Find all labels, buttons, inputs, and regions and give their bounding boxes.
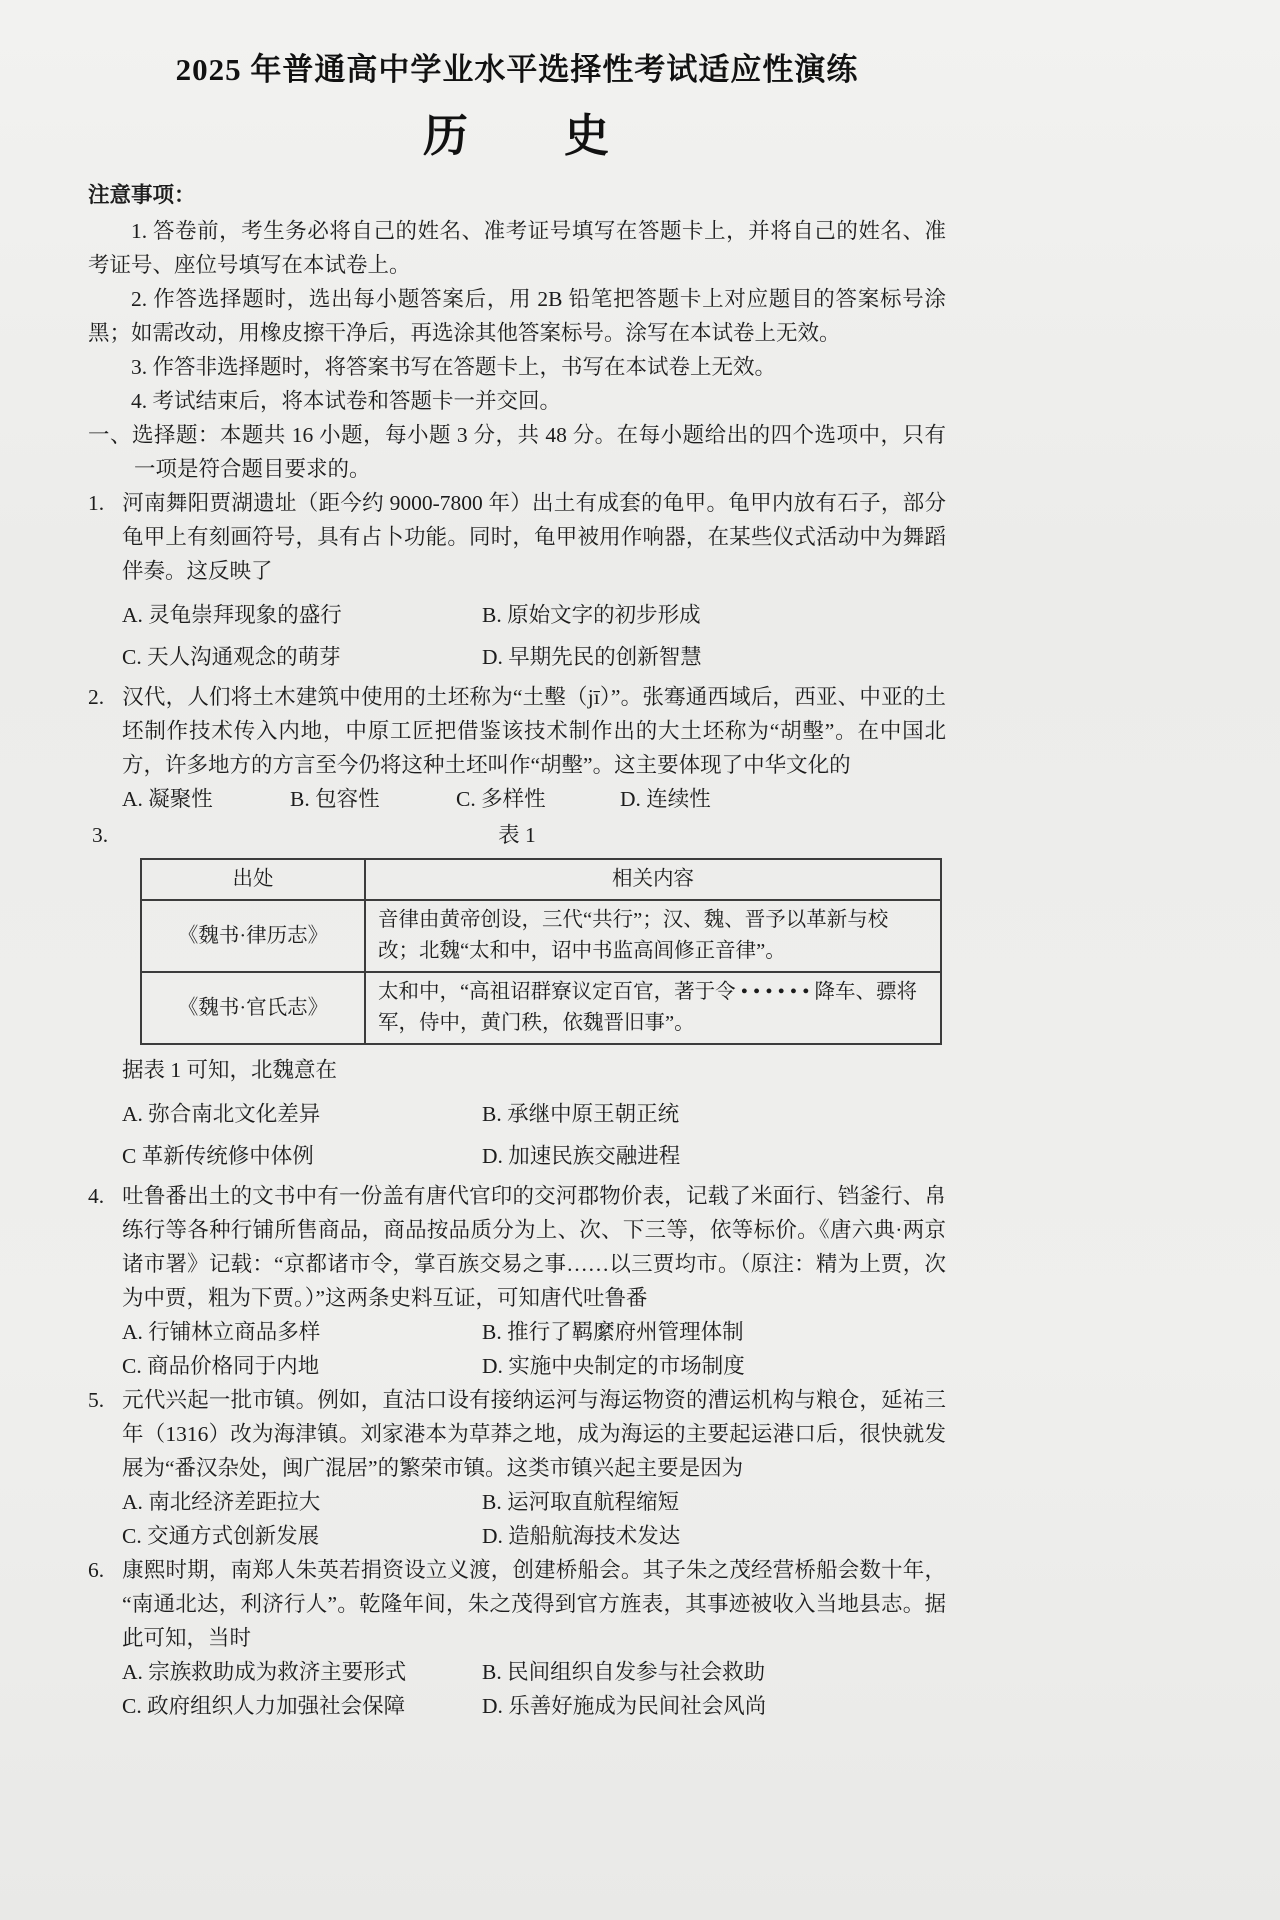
question-1-stem: 1.河南舞阳贾湖遗址（距今约 9000-7800 年）出土有成套的龟甲。龟甲内放… <box>88 486 946 588</box>
page-content: 2025 年普通高中学业水平选择性考试适应性演练 历 史 注意事项： 1. 答卷… <box>88 44 946 1723</box>
question-6-text: 康熙时期，南郑人朱英若捐资设立义渡，创建桥船会。其子朱之茂经营桥船会数十年，“南… <box>122 1558 946 1650</box>
question-5-option-a: A. 南北经济差距拉大 <box>122 1485 482 1519</box>
question-2: 2.汉代，人们将土木建筑中使用的土坯称为“土墼（jī）”。张骞通西域后，西亚、中… <box>88 680 946 816</box>
question-1-option-d: D. 早期先民的创新智慧 <box>482 640 946 674</box>
section-heading: 一、选择题：本题共 16 小题，每小题 3 分，共 48 分。在每小题给出的四个… <box>88 418 946 486</box>
notice-item-3: 3. 作答非选择题时，将答案书写在答题卡上，书写在本试卷上无效。 <box>88 350 946 384</box>
question-2-option-a: A. 凝聚性 <box>122 782 290 816</box>
question-1-option-c: C. 天人沟通观念的萌芽 <box>122 640 482 674</box>
question-1: 1.河南舞阳贾湖遗址（距今约 9000-7800 年）出土有成套的龟甲。龟甲内放… <box>88 486 946 674</box>
question-6: 6.康熙时期，南郑人朱英若捐资设立义渡，创建桥船会。其子朱之茂经营桥船会数十年，… <box>88 1553 946 1723</box>
question-4: 4.吐鲁番出土的文书中有一份盖有唐代官印的交河郡物价表，记载了米面行、铛釜行、帛… <box>88 1179 946 1383</box>
question-4-stem: 4.吐鲁番出土的文书中有一份盖有唐代官印的交河郡物价表，记载了米面行、铛釜行、帛… <box>88 1179 946 1315</box>
table-cell-source-1: 《魏书·律历志》 <box>141 900 365 972</box>
question-3-option-d: D. 加速民族交融进程 <box>482 1139 946 1173</box>
question-5-stem: 5.元代兴起一批市镇。例如，直沽口设有接纳运河与海运物资的漕运机构与粮仓，延祐三… <box>88 1383 946 1485</box>
table-header-row: 出处 相关内容 <box>141 859 941 900</box>
question-6-option-a: A. 宗族救助成为救济主要形式 <box>122 1655 482 1689</box>
question-4-text: 吐鲁番出土的文书中有一份盖有唐代官印的交河郡物价表，记载了米面行、铛釜行、帛练行… <box>122 1184 946 1310</box>
table-header-source: 出处 <box>141 859 365 900</box>
question-3-option-a: A. 弥合南北文化差异 <box>122 1097 482 1131</box>
question-4-option-a: A. 行铺林立商品多样 <box>122 1315 482 1349</box>
question-4-option-d: D. 实施中央制定的市场制度 <box>482 1349 946 1383</box>
question-2-option-d: D. 连续性 <box>620 782 946 816</box>
question-4-options: A. 行铺林立商品多样 B. 推行了羁縻府州管理体制 C. 商品价格同于内地 D… <box>122 1315 946 1383</box>
question-3-table: 出处 相关内容 《魏书·律历志》 音律由黄帝创设，三代“共行”；汉、魏、晋予以革… <box>140 858 942 1045</box>
notice-section: 注意事项： 1. 答卷前，考生务必将自己的姓名、准考证号填写在答题卡上，并将自己… <box>88 178 946 418</box>
question-5-option-c: C. 交通方式创新发展 <box>122 1519 482 1553</box>
question-4-number: 4. <box>88 1179 122 1213</box>
question-5: 5.元代兴起一批市镇。例如，直沽口设有接纳运河与海运物资的漕运机构与粮仓，延祐三… <box>88 1383 946 1553</box>
question-3-stem-after: 据表 1 可知，北魏意在 <box>122 1053 946 1087</box>
question-2-stem: 2.汉代，人们将土木建筑中使用的土坯称为“土墼（jī）”。张骞通西域后，西亚、中… <box>88 680 946 782</box>
question-5-option-b: B. 运河取直航程缩短 <box>482 1485 946 1519</box>
question-3-options: A. 弥合南北文化差异 B. 承继中原王朝正统 C 革新传统修中体例 D. 加速… <box>122 1097 946 1173</box>
question-3-option-b: B. 承继中原王朝正统 <box>482 1097 946 1131</box>
table-cell-desc-2: 太和中，“高祖诏群寮议定百官，著于令 • • • • • • 降车、骠将军，侍中… <box>365 972 941 1044</box>
question-3-number: 3. <box>92 818 108 852</box>
exam-title: 2025 年普通高中学业水平选择性考试适应性演练 <box>88 44 946 89</box>
table-caption: 表 1 <box>88 818 946 852</box>
question-5-text: 元代兴起一批市镇。例如，直沽口设有接纳运河与海运物资的漕运机构与粮仓，延祐三年（… <box>122 1388 946 1480</box>
question-1-number: 1. <box>88 486 122 520</box>
question-2-option-c: C. 多样性 <box>456 782 620 816</box>
table-header-content: 相关内容 <box>365 859 941 900</box>
table-row: 《魏书·律历志》 音律由黄帝创设，三代“共行”；汉、魏、晋予以革新与校改；北魏“… <box>141 900 941 972</box>
question-2-options: A. 凝聚性 B. 包容性 C. 多样性 D. 连续性 <box>122 782 946 816</box>
question-2-option-b: B. 包容性 <box>290 782 456 816</box>
question-1-text: 河南舞阳贾湖遗址（距今约 9000-7800 年）出土有成套的龟甲。龟甲内放有石… <box>122 491 946 583</box>
question-3-head: 3. 表 1 <box>88 818 946 852</box>
question-1-option-a: A. 灵龟崇拜现象的盛行 <box>122 598 482 632</box>
question-6-options: A. 宗族救助成为救济主要形式 B. 民间组织自发参与社会救助 C. 政府组织人… <box>122 1655 946 1723</box>
question-1-options: A. 灵龟崇拜现象的盛行 B. 原始文字的初步形成 C. 天人沟通观念的萌芽 D… <box>122 598 946 674</box>
question-1-option-b: B. 原始文字的初步形成 <box>482 598 946 632</box>
question-5-option-d: D. 造船航海技术发达 <box>482 1519 946 1553</box>
question-6-number: 6. <box>88 1553 122 1587</box>
question-2-number: 2. <box>88 680 122 714</box>
exam-subject: 历 史 <box>88 99 946 164</box>
question-5-options: A. 南北经济差距拉大 B. 运河取直航程缩短 C. 交通方式创新发展 D. 造… <box>122 1485 946 1553</box>
table-cell-desc-1: 音律由黄帝创设，三代“共行”；汉、魏、晋予以革新与校改；北魏“太和中，诏中书监高… <box>365 900 941 972</box>
notice-heading: 注意事项： <box>88 178 946 212</box>
notice-item-1: 1. 答卷前，考生务必将自己的姓名、准考证号填写在答题卡上，并将自己的姓名、准考… <box>88 214 946 282</box>
question-6-option-d: D. 乐善好施成为民间社会风尚 <box>482 1689 946 1723</box>
question-6-option-c: C. 政府组织人力加强社会保障 <box>122 1689 482 1723</box>
notice-item-4: 4. 考试结束后，将本试卷和答题卡一并交回。 <box>88 384 946 418</box>
question-4-option-b: B. 推行了羁縻府州管理体制 <box>482 1315 946 1349</box>
notice-item-2: 2. 作答选择题时，选出每小题答案后，用 2B 铅笔把答题卡上对应题目的答案标号… <box>88 282 946 350</box>
question-5-number: 5. <box>88 1383 122 1417</box>
exam-paper-page: 2025 年普通高中学业水平选择性考试适应性演练 历 史 注意事项： 1. 答卷… <box>0 0 1280 1920</box>
question-3-option-c: C 革新传统修中体例 <box>122 1139 482 1173</box>
question-2-text: 汉代，人们将土木建筑中使用的土坯称为“土墼（jī）”。张骞通西域后，西亚、中亚的… <box>122 685 946 777</box>
question-6-option-b: B. 民间组织自发参与社会救助 <box>482 1655 946 1689</box>
table-row: 《魏书·官氏志》 太和中，“高祖诏群寮议定百官，著于令 • • • • • • … <box>141 972 941 1044</box>
table-cell-source-2: 《魏书·官氏志》 <box>141 972 365 1044</box>
question-6-stem: 6.康熙时期，南郑人朱英若捐资设立义渡，创建桥船会。其子朱之茂经营桥船会数十年，… <box>88 1553 946 1655</box>
question-3: 3. 表 1 出处 相关内容 《魏书·律历志》 音律由黄帝创设，三代“共行”；汉… <box>88 818 946 1173</box>
question-4-option-c: C. 商品价格同于内地 <box>122 1349 482 1383</box>
